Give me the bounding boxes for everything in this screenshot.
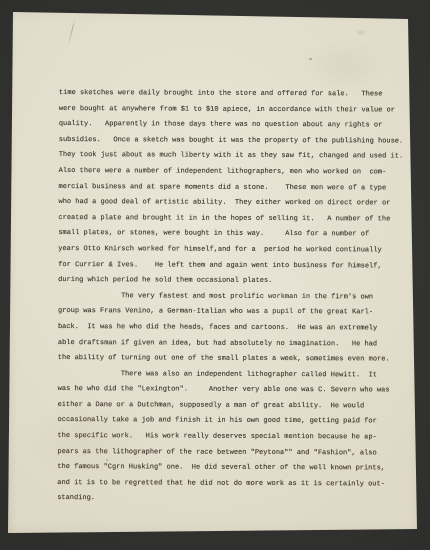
typewritten-line: created a plate and brought it in in the… xyxy=(58,211,403,228)
typewritten-line: small plates, or stones, were bought in … xyxy=(58,226,403,243)
typewritten-line: There was also an independent lithograph… xyxy=(58,367,403,384)
typewritten-line: was he who did the "Lexington". Another … xyxy=(58,382,403,399)
typewritten-line: either a Dane or a Dutchman, supposedly … xyxy=(58,398,403,415)
typewritten-line: The very fastest and most prolific workm… xyxy=(58,289,403,306)
crease-mark xyxy=(68,19,76,45)
typewritten-line: the ability of turning out one of the sm… xyxy=(58,351,403,368)
typewritten-line: quality. Apparently in those days there … xyxy=(59,117,404,134)
typewritten-line: years Otto Knirsch worked for himself,an… xyxy=(58,242,403,259)
typewritten-line: subsidies. Once a sketch was bought it w… xyxy=(59,133,404,150)
typewritten-line: Also there were a number of independent … xyxy=(59,164,404,181)
typewritten-line: who had a good deal of artistic ability.… xyxy=(58,195,403,212)
typewritten-line: and it is to be regretted that he did no… xyxy=(57,476,402,493)
typewritten-line: for Currier & Ives. He left them and aga… xyxy=(58,258,403,275)
typewritten-line: They took just about as much liberty wit… xyxy=(59,148,404,165)
typewritten-line: pears as the lithographer of the race be… xyxy=(57,445,402,462)
typewritten-line: standing. xyxy=(57,491,402,508)
typewritten-line: during which period he sold them occasio… xyxy=(58,273,403,290)
typewritten-line: time sketches were daily brought into th… xyxy=(59,86,404,103)
typewritten-line: back. It was he who did the heads, faces… xyxy=(58,320,403,337)
scan-background: time sketches were daily brought into th… xyxy=(0,0,430,550)
paper-sheet: time sketches were daily brought into th… xyxy=(0,0,430,550)
typewritten-line: the famous "Cgrn Husking" one. He did se… xyxy=(57,460,402,477)
typewritten-line: the specific work. His work really deser… xyxy=(57,429,402,446)
typewritten-line: group was Frans Venino, a German-Italian… xyxy=(58,304,403,321)
typewritten-line: were bought at anywhere from $1 to $10 a… xyxy=(59,102,404,119)
typewritten-line: able draftsman if given an idea, but had… xyxy=(58,335,403,352)
typewritten-line: mercial business and at spare moments di… xyxy=(59,180,404,197)
paper-speck xyxy=(358,31,364,34)
typewritten-line: occasionally take a job and finish it in… xyxy=(58,413,403,430)
paper-speck xyxy=(309,58,312,60)
typewritten-text-block: time sketches were daily brought into th… xyxy=(57,86,403,509)
